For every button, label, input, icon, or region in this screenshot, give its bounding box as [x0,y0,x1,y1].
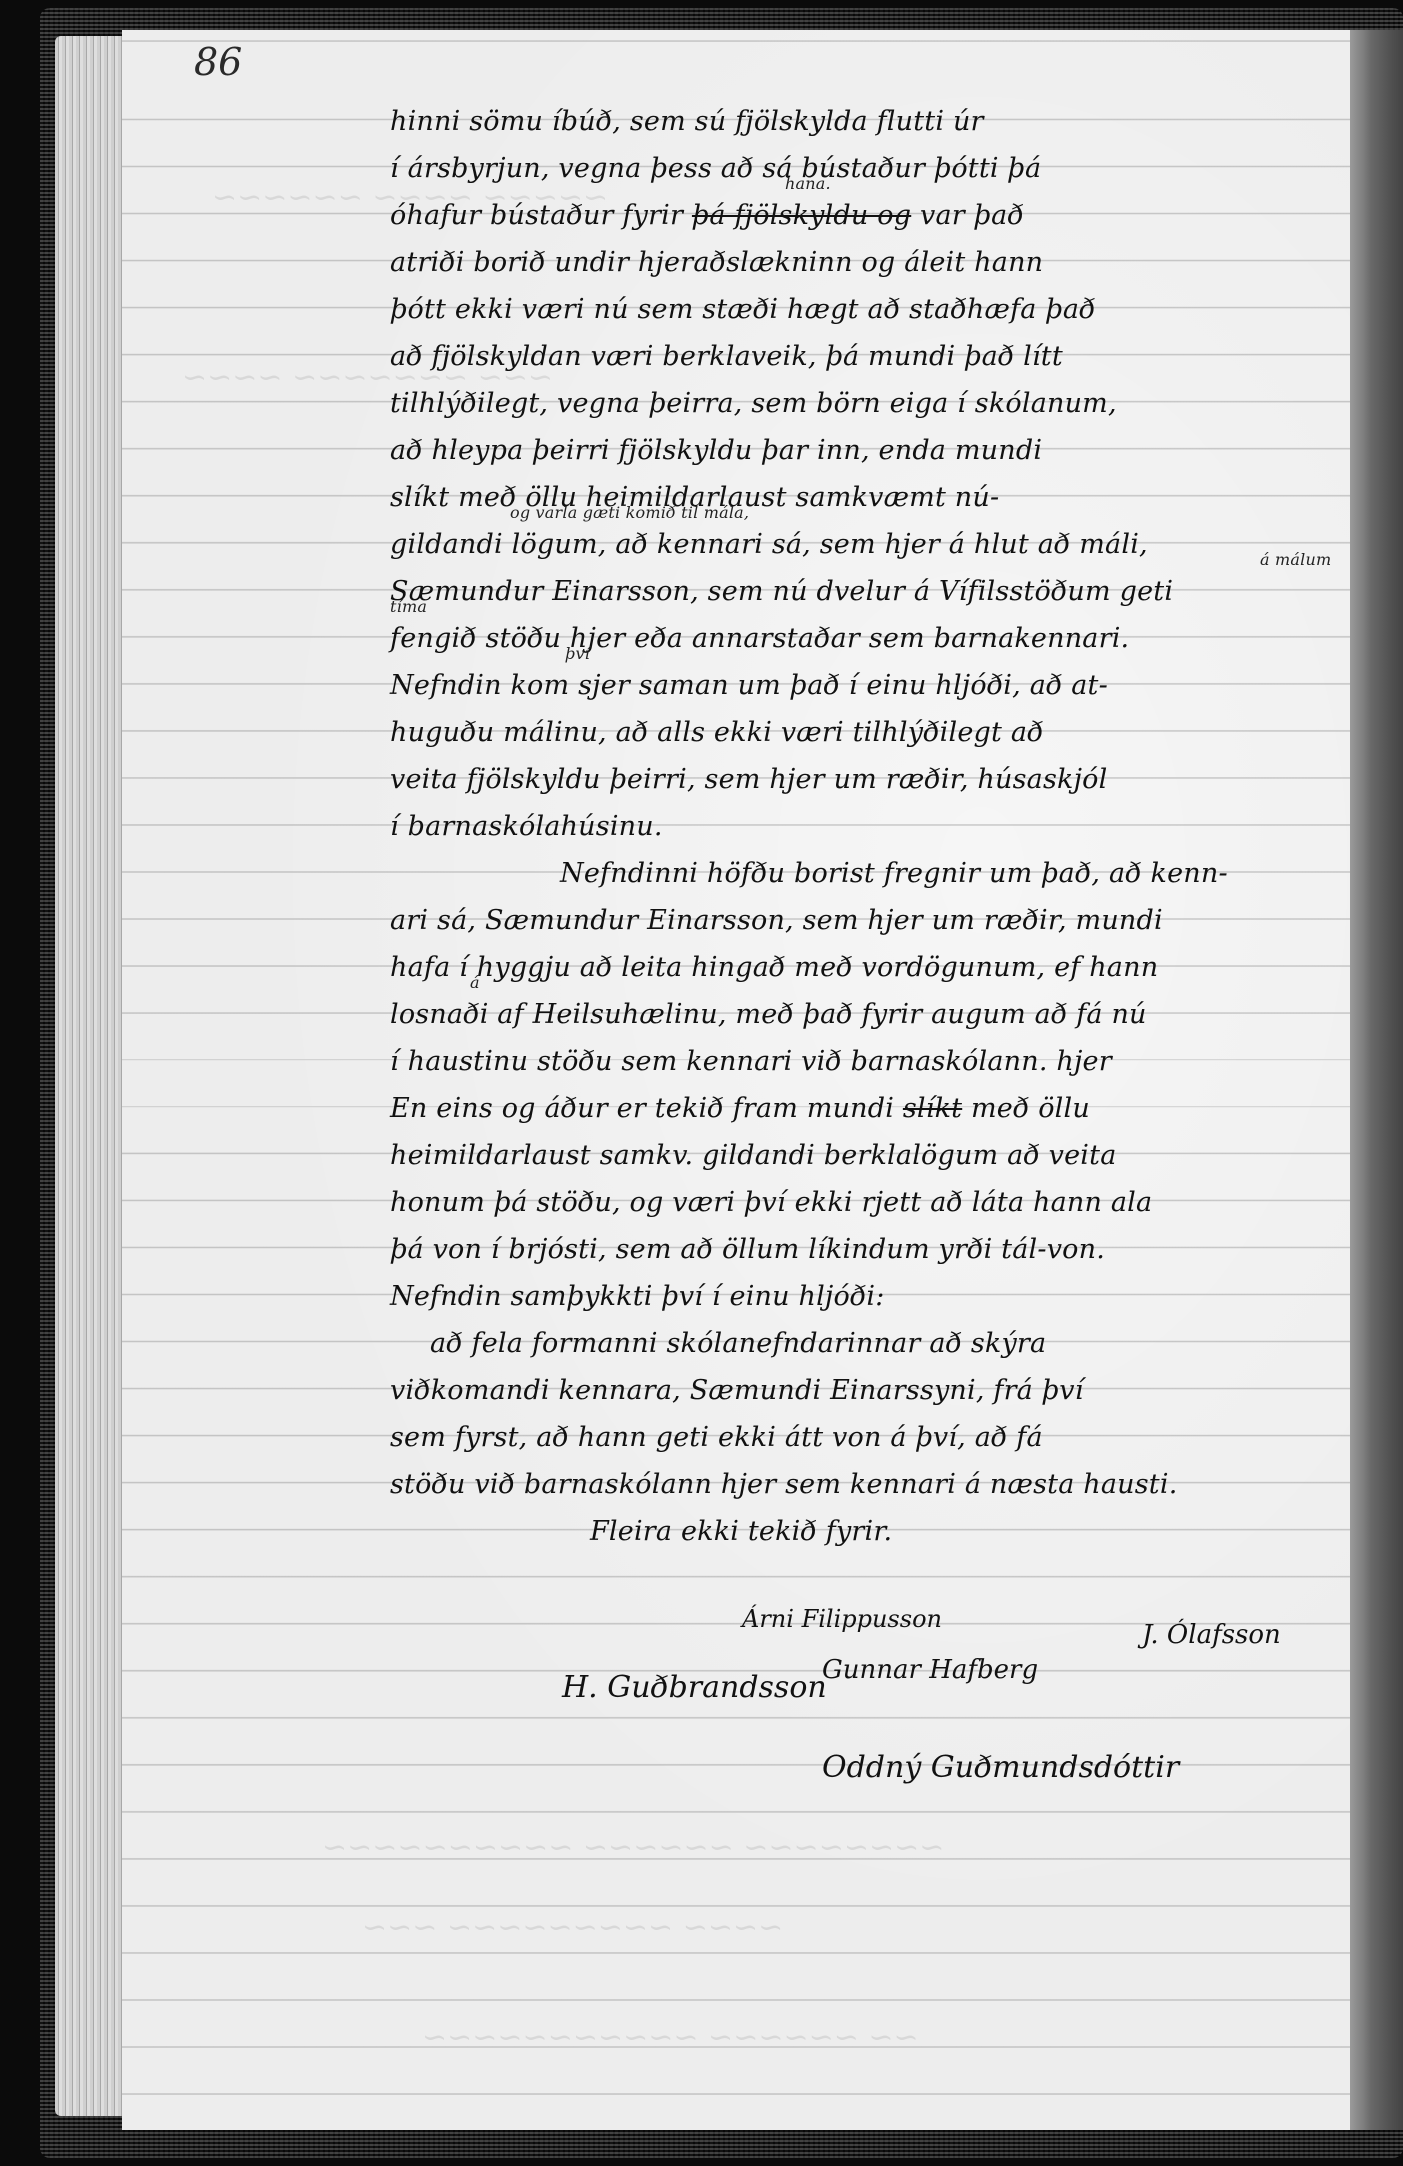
signature: Oddný Guðmundsdóttir [822,1750,1179,1785]
signature: J. Ólafsson [1142,1620,1281,1650]
ledger-page: ~~~~~ ~~~~ ~~~~~~ ~~~ ~~~~~~~ ~~~~ ~~~~~… [122,30,1350,2130]
signature: H. Guðbrandsson [562,1670,827,1705]
signature: Árni Filippusson [742,1605,942,1633]
signature: Gunnar Hafberg [822,1655,1038,1685]
page-stack-edge [55,36,125,2116]
signature-block: Árni Filippusson H. Guðbrandsson Gunnar … [122,30,1350,2130]
book-gutter [1350,30,1403,2130]
gutter-shadow [1363,30,1403,2130]
